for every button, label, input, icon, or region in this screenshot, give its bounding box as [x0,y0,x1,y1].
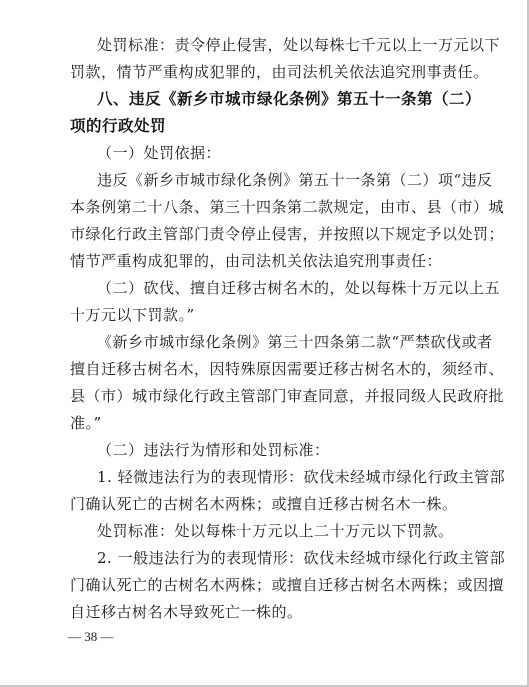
text-line: 门确认死亡的古树名木两株；或擅自迁移古树名木一株。 [70,491,456,517]
text-line: 擅自迁移古树名木，因特殊原因需要迁移古树名木的，须经市、 [70,356,456,382]
text-line: 准。” [70,410,456,436]
text-line: （二）违法行为情形和处罚标准： [97,437,456,463]
text-line: 处罚标准：处以每株十万元以上二十万元以下罚款。 [97,518,456,544]
text-line: 罚款，情节严重构成犯罪的，由司法机关依法追究刑事责任。 [70,59,456,85]
text-line: 市绿化行政主管部门责令停止侵害，并按照以下规定予以处罚； [70,221,456,247]
document-page: 处罚标准：责令停止侵害，处以每株七千元以上一万元以下罚款，情节严重构成犯罪的，由… [0,0,529,687]
text-line: 1. 轻微违法行为的表现情形：砍伐未经城市绿化行政主管部 [97,464,456,490]
section-heading-line: 项的行政处罚 [70,113,456,139]
text-line: 违反《新乡市城市绿化条例》第五十一条第（二）项“违反 [97,167,456,193]
section-heading-line: 八、违反《新乡市城市绿化条例》第五十一条第（二） [97,86,456,112]
text-line: 本条例第二十八条、第三十四条第二款规定，由市、县（市）城 [70,194,456,220]
text-line: 2. 一般违法行为的表现情形：砍伐未经城市绿化行政主管部 [97,545,456,571]
page-number: — 38 — [68,629,114,645]
text-line: 十万元以下罚款。” [70,302,456,328]
text-line: 自迁移古树名木导致死亡一株的。 [70,599,456,625]
text-line: 处罚标准：责令停止侵害，处以每株七千元以上一万元以下 [97,32,456,58]
text-line: 情节严重构成犯罪的，由司法机关依法追究刑事责任： [70,248,456,274]
text-line: 门确认死亡的古树名木两株；或擅自迁移古树名木两株；或因擅 [70,572,456,598]
text-line: （二）砍伐、擅自迁移古树名木的，处以每株十万元以上五 [97,275,456,301]
text-line: 县（市）城市绿化行政主管部门审查同意，并报同级人民政府批 [70,383,456,409]
text-line: 《新乡市城市绿化条例》第三十四条第二款“严禁砍伐或者 [97,329,456,355]
text-line: （一）处罚依据： [97,140,456,166]
